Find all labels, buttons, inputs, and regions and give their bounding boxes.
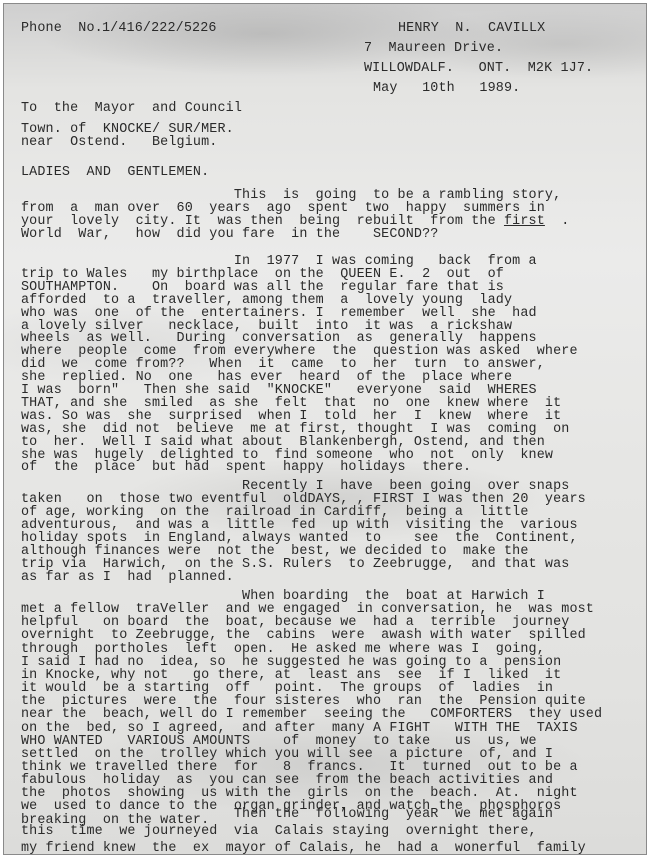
paragraph-4-line-9: the pictures were the four sisteres who … bbox=[21, 695, 586, 708]
paragraph-4-line-5: through portholes left open. He asked me… bbox=[21, 643, 545, 656]
paragraph-5-line-1: Then the following yeaR we met again bbox=[21, 808, 553, 821]
paragraph-5-line-2: this time we journeyed via Calais stayin… bbox=[21, 825, 537, 838]
paragraph-2-line-5: who was one of the entertainers. I remem… bbox=[21, 307, 537, 320]
paragraph-3-line-8: as far as I had planned. bbox=[21, 571, 234, 584]
underlined-word-first: first bbox=[504, 214, 545, 229]
paragraph-4-line-11: on the bed, so I agreed, and after many … bbox=[21, 722, 578, 735]
recipient-line-1: To the Mayor and Council bbox=[21, 102, 242, 115]
underline-trailing: . bbox=[545, 214, 570, 229]
paragraph-4-line-4: overnight to Zeebrugge, the cabins were … bbox=[21, 629, 586, 642]
paragraph-4-line-16: the photos showing us with the girls on … bbox=[21, 787, 578, 800]
paragraph-2-line-12: THAT, and she smiled as she felt that no… bbox=[21, 397, 561, 410]
paragraph-4-line-14: think we travelled there for 8 francs. I… bbox=[21, 761, 578, 774]
letter-page: Phone No. 1/416/222/5226 HENRY N. CAVILL… bbox=[3, 3, 647, 855]
paragraph-4-line-2: met a fellow traVeller and we engaged in… bbox=[21, 603, 594, 616]
phone-number: 1/416/222/5226 bbox=[102, 22, 217, 35]
sender-name: HENRY N. CAVILLX bbox=[398, 22, 545, 35]
paragraph-4-line-8: it would be a starting off point. The gr… bbox=[21, 682, 553, 695]
paragraph-2-line-14: was, she did not believe me at first, th… bbox=[21, 423, 569, 436]
paragraph-4-line-7: in Knocke, why not go there, at least an… bbox=[21, 669, 561, 682]
paragraph-4-line-6: I said I had no idea, so he suggested he… bbox=[21, 656, 561, 669]
letter-date: May 10th 1989. bbox=[373, 82, 520, 95]
paragraph-2-line-17: of the place but had spent happy holiday… bbox=[21, 461, 471, 474]
paragraph-4-line-10: near the beach, well do I remember seein… bbox=[21, 708, 602, 721]
paragraph-2-line-2: trip to Wales my birthplace on the QUEEN… bbox=[21, 268, 504, 281]
paragraph-4-line-15: fabulous holiday as you can see from the… bbox=[21, 774, 553, 787]
paragraph-2-line-3: SOUTHAMPTON. On board was all the regula… bbox=[21, 281, 504, 294]
recipient-line-3: near Ostend. Belgium. bbox=[21, 136, 217, 149]
sender-address-line-1: 7 Maureen Drive. bbox=[364, 42, 503, 55]
paragraph-4-line-3: helpful on board the boat, because we ha… bbox=[21, 616, 569, 629]
paragraph-4-line-1: When boarding the boat at Harwich I bbox=[21, 590, 545, 603]
paragraph-2-line-15: to her. Well I said what about Blankenbe… bbox=[21, 436, 545, 449]
paragraph-1-line-4: World War, how did you fare in the SECON… bbox=[21, 228, 438, 241]
paragraph-2-line-4: afforded to a traveller, among them a lo… bbox=[21, 294, 512, 307]
salutation: LADIES AND GENTLEMEN. bbox=[21, 166, 209, 179]
paragraph-4-line-13: settled on the trolley which you will se… bbox=[21, 748, 553, 761]
paragraph-5-line-3: my friend knew the ex mayor of Calais, h… bbox=[21, 842, 586, 855]
paragraph-2-line-13: was. So was she surprised when I told he… bbox=[21, 410, 561, 423]
phone-label: Phone No. bbox=[21, 22, 103, 35]
sender-address-line-2: WILLOWDALF. ONT. M2K 1J7. bbox=[364, 62, 593, 75]
paragraph-4-line-12: WHO WANTED VARIOUS AMOUNTS of money to t… bbox=[21, 735, 537, 748]
